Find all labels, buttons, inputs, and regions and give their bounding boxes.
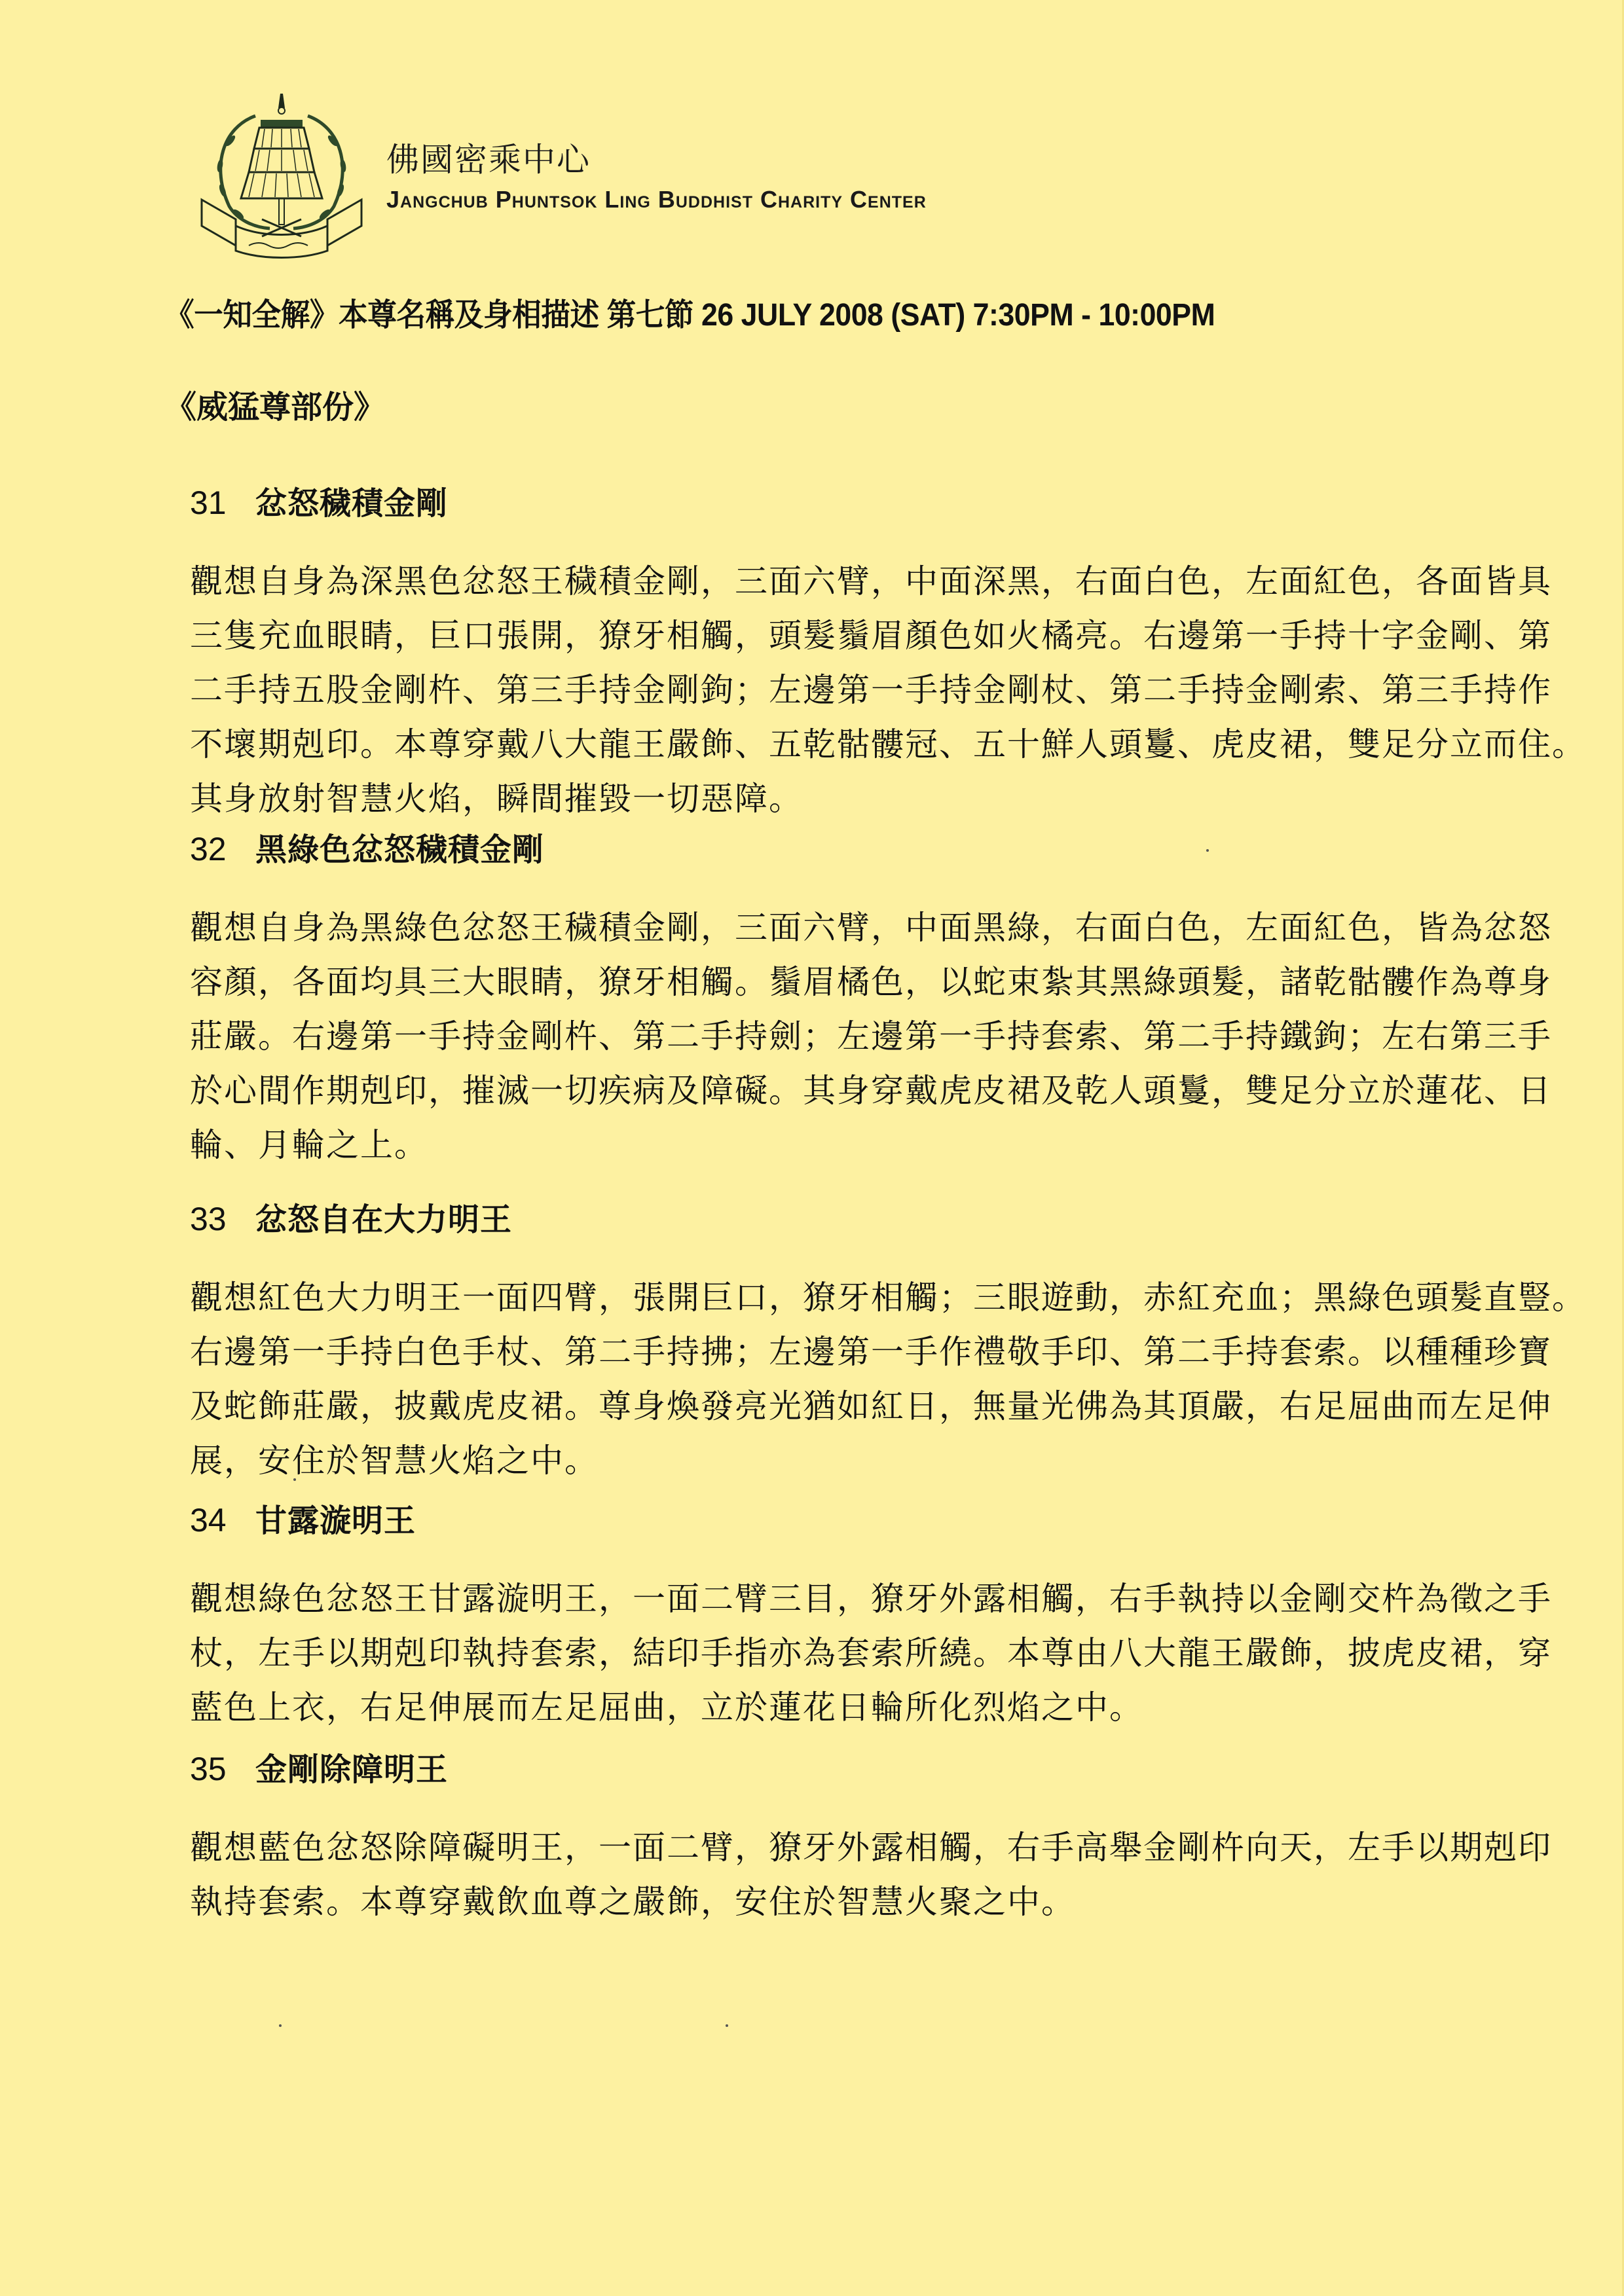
scan-speck <box>293 1478 296 1481</box>
section-32: 32 黑綠色忿怒穢積金剛 觀想自身為黑綠色忿怒王穢積金剛，三面六臂，中面黑綠，右… <box>190 826 1454 1173</box>
body-line: 執持套索。本尊穿戴飲血尊之嚴飾，安住於智慧火聚之中。 <box>190 1875 1454 1929</box>
body-line: 於心間作期剋印，摧滅一切疾病及障礙。其身穿戴虎皮裙及乾人頭鬘，雙足分立於蓮花、日 <box>190 1064 1454 1118</box>
body-line: 展，安住於智慧火焰之中。 <box>190 1434 1454 1488</box>
body-line: 觀想綠色忿怒王甘露漩明王，一面二臂三目，獠牙外露相觸，右手執持以金剛交杵為徵之手 <box>190 1572 1454 1626</box>
body-line: 右邊第一手持白色手杖、第二手持拂；左邊第一手作禮敬手印、第二手持套索。以種種珍寶 <box>190 1325 1454 1379</box>
scan-speck <box>726 2024 728 2027</box>
body-line: 觀想紅色大力明王一面四臂，張開巨口，獠牙相觸；三眼遊動，赤紅充血；黑綠色頭髮直豎… <box>190 1271 1454 1325</box>
section-heading: 31 忿怒穢積金剛 <box>190 480 1454 526</box>
section-31: 31 忿怒穢積金剛 觀想自身為深黑色忿怒王穢積金剛，三面六臂，中面深黑，右面白色… <box>190 480 1454 826</box>
letterhead: 佛國密乘中心 Jangchub Phuntsok Ling Buddhist C… <box>196 85 927 262</box>
body-line: 觀想自身為黑綠色忿怒王穢積金剛，三面六臂，中面黑綠，右面白色，左面紅色，皆為忿怒 <box>190 901 1454 955</box>
section-34: 34 甘露漩明王 觀想綠色忿怒王甘露漩明王，一面二臂三目，獠牙外露相觸，右手執持… <box>190 1497 1454 1735</box>
section-heading: 32 黑綠色忿怒穢積金剛 <box>190 826 1454 872</box>
body-line: 二手持五股金剛杵、第三手持金剛鉤；左邊第一手持金剛杖、第二手持金剛索、第三手持作 <box>190 663 1454 718</box>
section-body: 觀想自身為黑綠色忿怒王穢積金剛，三面六臂，中面黑綠，右面白色，左面紅色，皆為忿怒… <box>190 901 1454 1173</box>
body-line: 不壞期剋印。本尊穿戴八大龍王嚴飾、五乾骷髏冠、五十鮮人頭鬘、虎皮裙，雙足分立而住… <box>190 718 1454 772</box>
body-line: 觀想自身為深黑色忿怒王穢積金剛，三面六臂，中面深黑，右面白色，左面紅色，各面皆具 <box>190 555 1454 609</box>
organization-name-block: 佛國密乘中心 Jangchub Phuntsok Ling Buddhist C… <box>386 140 927 213</box>
stupa-wreath-logo-icon <box>196 88 367 259</box>
section-title: 甘露漩明王 <box>255 1498 416 1544</box>
section-body: 觀想藍色忿怒除障礙明王，一面二臂，獠牙外露相觸，右手高舉金剛杵向天，左手以期剋印… <box>190 1821 1454 1929</box>
section-33: 33 忿怒自在大力明王 觀想紅色大力明王一面四臂，張開巨口，獠牙相觸；三眼遊動，… <box>190 1196 1454 1488</box>
section-heading: 33 忿怒自在大力明王 <box>190 1196 1454 1242</box>
organization-name-english: Jangchub Phuntsok Ling Buddhist Charity … <box>386 186 927 213</box>
section-title: 黑綠色忿怒穢積金剛 <box>255 827 544 873</box>
body-line: 及蛇飾莊嚴，披戴虎皮裙。尊身煥發亮光猶如紅日，無量光佛為其頂嚴，右足屈曲而左足伸 <box>190 1379 1454 1434</box>
section-35: 35 金剛除障明王 觀想藍色忿怒除障礙明王，一面二臂，獠牙外露相觸，右手高舉金剛… <box>190 1746 1454 1929</box>
body-line: 藍色上衣，右足伸展而左足屈曲，立於蓮花日輪所化烈焰之中。 <box>190 1681 1454 1735</box>
part-heading: 《威猛尊部份》 <box>165 382 385 427</box>
body-line: 容顏，各面均具三大眼睛，獠牙相觸。鬚眉橘色，以蛇束紮其黑綠頭髮，諸乾骷髏作為尊身 <box>190 955 1454 1010</box>
section-body: 觀想綠色忿怒王甘露漩明王，一面二臂三目，獠牙外露相觸，右手執持以金剛交杵為徵之手… <box>190 1572 1454 1735</box>
section-number: 32 <box>190 826 255 872</box>
section-number: 31 <box>190 480 255 526</box>
section-body: 觀想自身為深黑色忿怒王穢積金剛，三面六臂，中面深黑，右面白色，左面紅色，各面皆具… <box>190 555 1454 826</box>
body-line: 其身放射智慧火焰，瞬間摧毀一切惡障。 <box>190 772 1454 826</box>
document-title: 《一知全解》本尊名稱及身相描述 第七節 26 JULY 2008 (SAT) 7… <box>165 289 1215 335</box>
body-line: 三隻充血眼睛，巨口張開，獠牙相觸，頭髮鬚眉顏色如火橘亮。右邊第一手持十字金剛、第 <box>190 609 1454 663</box>
section-body: 觀想紅色大力明王一面四臂，張開巨口，獠牙相觸；三眼遊動，赤紅充血；黑綠色頭髮直豎… <box>190 1271 1454 1488</box>
organization-name-chinese: 佛國密乘中心 <box>386 140 927 179</box>
body-line: 輪、月輪之上。 <box>190 1118 1454 1173</box>
section-number: 33 <box>190 1196 255 1242</box>
scan-speck <box>279 2024 282 2027</box>
section-title: 金剛除障明王 <box>255 1747 448 1793</box>
section-title: 忿怒自在大力明王 <box>255 1197 512 1243</box>
scan-speck <box>1206 849 1209 852</box>
body-line: 觀想藍色忿怒除障礙明王，一面二臂，獠牙外露相觸，右手高舉金剛杵向天，左手以期剋印 <box>190 1821 1454 1875</box>
body-line: 莊嚴。右邊第一手持金剛杵、第二手持劍；左邊第一手持套索、第二手持鐵鉤；左右第三手 <box>190 1010 1454 1064</box>
section-heading: 35 金剛除障明王 <box>190 1746 1454 1792</box>
section-number: 35 <box>190 1746 255 1792</box>
section-heading: 34 甘露漩明王 <box>190 1497 1454 1543</box>
section-title: 忿怒穢積金剛 <box>255 481 448 526</box>
body-line: 杖，左手以期剋印執持套索，結印手指亦為套索所繞。本尊由八大龍王嚴飾，披虎皮裙，穿 <box>190 1626 1454 1681</box>
section-number: 34 <box>190 1497 255 1543</box>
